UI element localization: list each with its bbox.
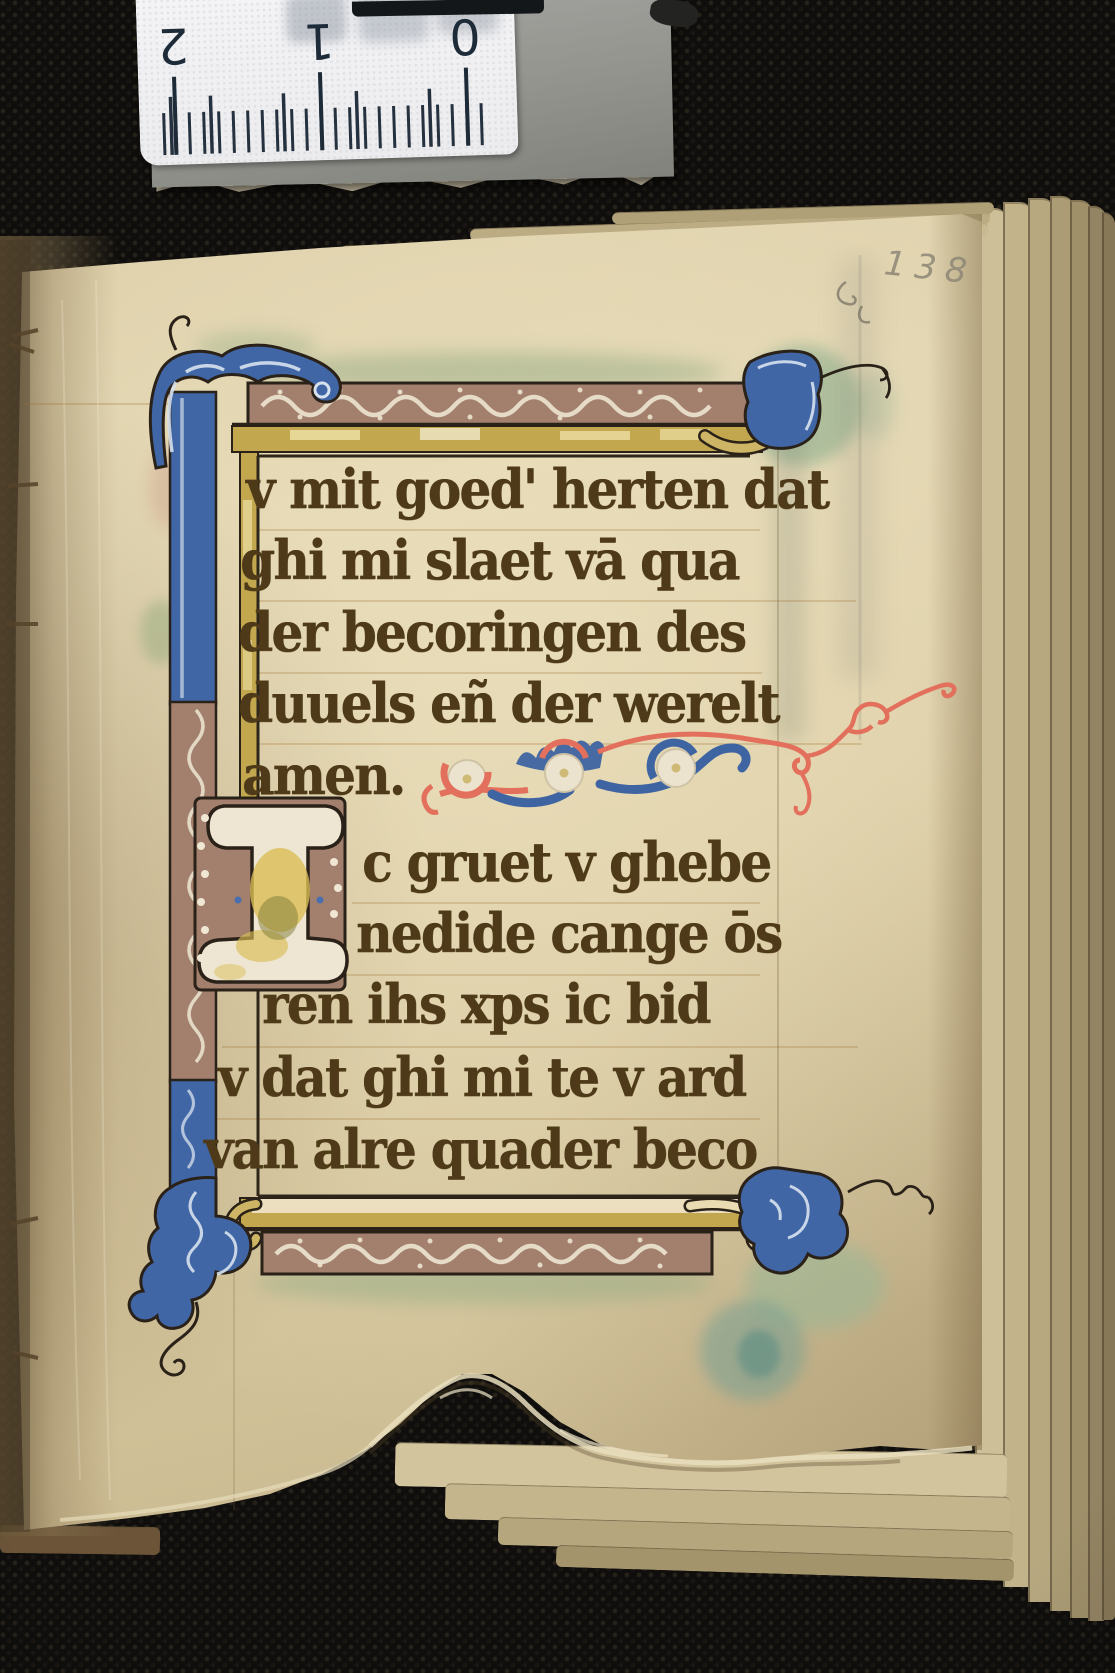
teal-stain [738, 1330, 780, 1378]
ruler-label-1: 1 [296, 12, 342, 70]
text-line-10: van alre quader beco [204, 1122, 756, 1176]
text-line-5: amen. [242, 748, 404, 802]
text-line-8: ren ihs xps ic bid [262, 977, 710, 1031]
grey-streak [838, 258, 878, 678]
text-line-4: duuels eñ der werelt [238, 676, 779, 730]
pink-wash [150, 448, 184, 528]
page-stack-leaf [1102, 212, 1115, 1620]
spine-edge [0, 240, 30, 1532]
ruler-major-ticks [158, 67, 492, 155]
text-line-1: v mit goed' herten dat [246, 462, 828, 516]
green-wash [255, 352, 725, 392]
photo-of-manuscript: 2 1 0 [0, 0, 1115, 1673]
ruler-label-2: 2 [150, 16, 196, 74]
ruler-label-0: 0 [442, 7, 488, 65]
cm-ruler: 2 1 0 [135, 0, 518, 166]
text-line-7: nedide cange ōs [356, 906, 781, 960]
text-line-2: ghi mi slaet vā qua [240, 533, 738, 587]
ruler-ticks [158, 67, 492, 155]
fore-edge-shading [898, 214, 982, 1450]
text-line-9: v dat ghi mi te v ard [218, 1050, 745, 1104]
green-wash [140, 600, 182, 664]
text-line-6: c gruet v ghebe [362, 835, 770, 889]
green-wash [196, 330, 316, 364]
green-wash [255, 1262, 715, 1304]
text-line-3: der becoringen des [238, 605, 745, 659]
